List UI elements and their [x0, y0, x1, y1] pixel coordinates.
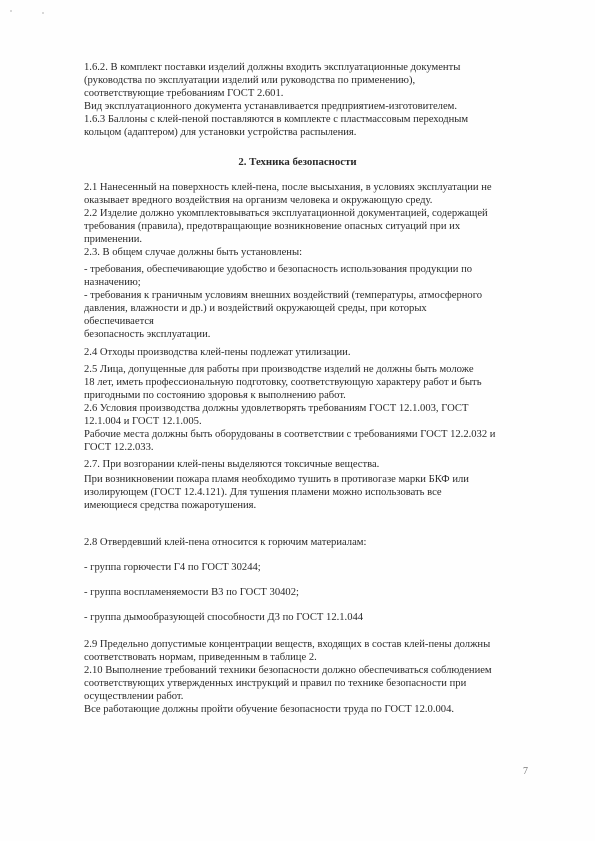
text-line: - группа горючести Г4 по ГОСТ 30244; — [84, 562, 261, 575]
text-line: 2.6 Условия производства должны удовлетв… — [84, 403, 468, 416]
text-line: 2.8 Отвердевший клей-пена относится к го… — [84, 537, 366, 550]
text-line: оказывает вредного воздействия на органи… — [84, 195, 432, 208]
text-line: имеющиеся средства пожаротушения. — [84, 500, 256, 513]
text-line: безопасность эксплуатации. — [84, 329, 210, 342]
text-line: применении. — [84, 234, 142, 247]
text-line: давления, влажности и др.) и воздействий… — [84, 303, 427, 316]
text-line: - группа воспламеняемости В3 по ГОСТ 304… — [84, 587, 299, 600]
text-line: - группа дымообразующей способности Д3 п… — [84, 612, 363, 625]
text-line: Все работающие должны пройти обучение бе… — [84, 704, 454, 717]
text-line: (руководства по эксплуатации изделий или… — [84, 75, 415, 88]
text-line: Рабочие места должны быть оборудованы в … — [84, 429, 495, 442]
text-line: кольцом (адаптером) для установки устрой… — [84, 127, 356, 140]
text-line: ГОСТ 12.2.033. — [84, 442, 154, 455]
text-line: изолирующем (ГОСТ 12.4.121). Для тушения… — [84, 487, 442, 500]
text-line: При возникновении пожара пламя необходим… — [84, 474, 469, 487]
text-line: пригодными по состоянию здоровья к выпол… — [84, 390, 346, 403]
text-line: соответствующие требованиям ГОСТ 2.601. — [84, 88, 283, 101]
scan-speck — [42, 12, 44, 14]
scan-speck — [10, 10, 12, 12]
text-line: 18 лет, иметь профессиональную подготовк… — [84, 377, 482, 390]
text-line: 2.2 Изделие должно укомплектовываться эк… — [84, 208, 488, 221]
document-page: 1.6.2. В комплект поставки изделий должн… — [0, 0, 595, 841]
text-line: 2.5 Лица, допущенные для работы при прои… — [84, 364, 474, 377]
text-line: 1.6.3 Баллоны с клей-пеной поставляются … — [84, 114, 468, 127]
page-number: 7 — [523, 766, 528, 779]
text-line: назначению; — [84, 277, 141, 290]
text-line: 2.4 Отходы производства клей-пены подлеж… — [84, 347, 350, 360]
text-line: 2.3. В общем случае должны быть установл… — [84, 247, 302, 260]
text-line: - требования к граничным условиям внешни… — [84, 290, 482, 303]
text-line: 2.9 Предельно допустимые концентрации ве… — [84, 639, 490, 652]
text-line: 12.1.004 и ГОСТ 12.1.005. — [84, 416, 202, 429]
text-line: 2.7. При возгорании клей-пены выделяются… — [84, 459, 379, 472]
text-line: обеспечивается — [84, 316, 154, 329]
text-line: - требования, обеспечивающие удобство и … — [84, 264, 472, 277]
text-line: Вид эксплуатационного документа устанавл… — [84, 101, 457, 114]
text-line: соответствовать нормам, приведенным в та… — [84, 652, 317, 665]
section-heading: 2. Техника безопасности — [0, 156, 595, 169]
text-line: 1.6.2. В комплект поставки изделий должн… — [84, 62, 460, 75]
text-line: 2.10 Выполнение требований техники безоп… — [84, 665, 492, 678]
text-line: соответствующих утвержденных инструкций … — [84, 678, 466, 691]
text-line: осуществлении работ. — [84, 691, 183, 704]
text-line: требования (правила), предотвращающие во… — [84, 221, 460, 234]
text-line: 2.1 Нанесенный на поверхность клей-пена,… — [84, 182, 492, 195]
